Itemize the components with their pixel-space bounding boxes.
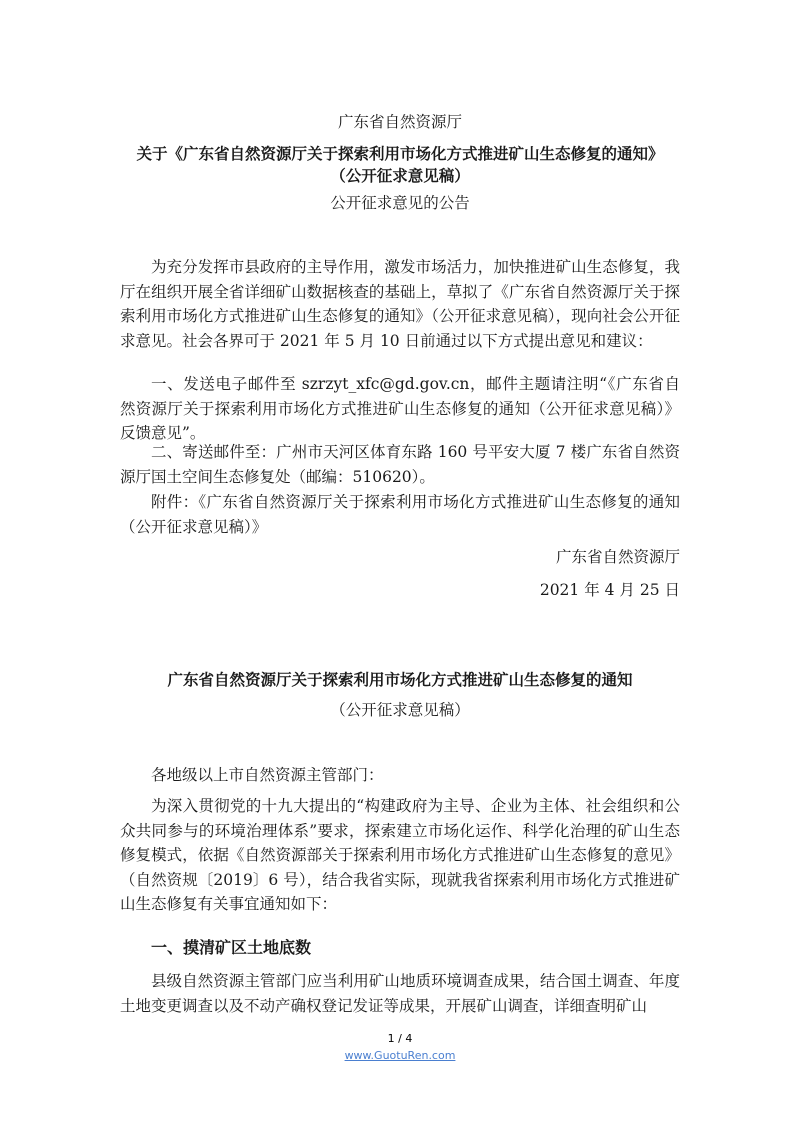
page-number: 1 / 4 (0, 1032, 800, 1045)
announcement-date: 2021 年 4 月 25 日 (540, 578, 680, 600)
section-heading-1: 一、摸清矿区土地底数 (151, 938, 311, 958)
feedback-method-email: 一、发送电子邮件至 szrzyt_xfc@gd.gov.cn，邮件主题请注明“《… (120, 372, 680, 446)
notice-title: 广东省自然资源厅关于探索利用市场化方式推进矿山生态修复的通知 (0, 670, 800, 690)
announcement-intro: 为充分发挥市县政府的主导作用，激发市场活力，加快推进矿山生态修复，我厅在组织开展… (120, 255, 680, 353)
attachment-note: 附件：《广东省自然资源厅关于探索利用市场化方式推进矿山生态修复的通知（公开征求意… (120, 490, 680, 539)
announcement-title-line1: 关于《广东省自然资源厅关于探索利用市场化方式推进矿山生态修复的通知》 (0, 144, 800, 164)
footer-link-wrapper: www.GuotuRen.com (0, 1049, 800, 1062)
website-link[interactable]: www.GuotuRen.com (345, 1049, 456, 1062)
issuing-org: 广东省自然资源厅 (0, 112, 800, 132)
signature: 广东省自然资源厅 (556, 545, 680, 567)
feedback-method-mail: 二、寄送邮件至：广州市天河区体育东路 160 号平安大厦 7 楼广东省自然资源厅… (120, 440, 680, 489)
announcement-subtitle: 公开征求意见的公告 (0, 193, 800, 213)
notice-intro: 为深入贯彻党的十九大提出的“构建政府为主导、企业为主体、社会组织和公众共同参与的… (120, 794, 680, 917)
section-1-text: 县级自然资源主管部门应当利用矿山地质环境调查成果，结合国土调查、年度土地变更调查… (120, 969, 680, 1018)
notice-subtitle: （公开征求意见稿） (0, 700, 800, 720)
document-page: 广东省自然资源厅 关于《广东省自然资源厅关于探索利用市场化方式推进矿山生态修复的… (0, 0, 800, 1132)
salutation: 各地级以上市自然资源主管部门： (151, 765, 384, 785)
announcement-title-line2: （公开征求意见稿） (0, 166, 800, 186)
